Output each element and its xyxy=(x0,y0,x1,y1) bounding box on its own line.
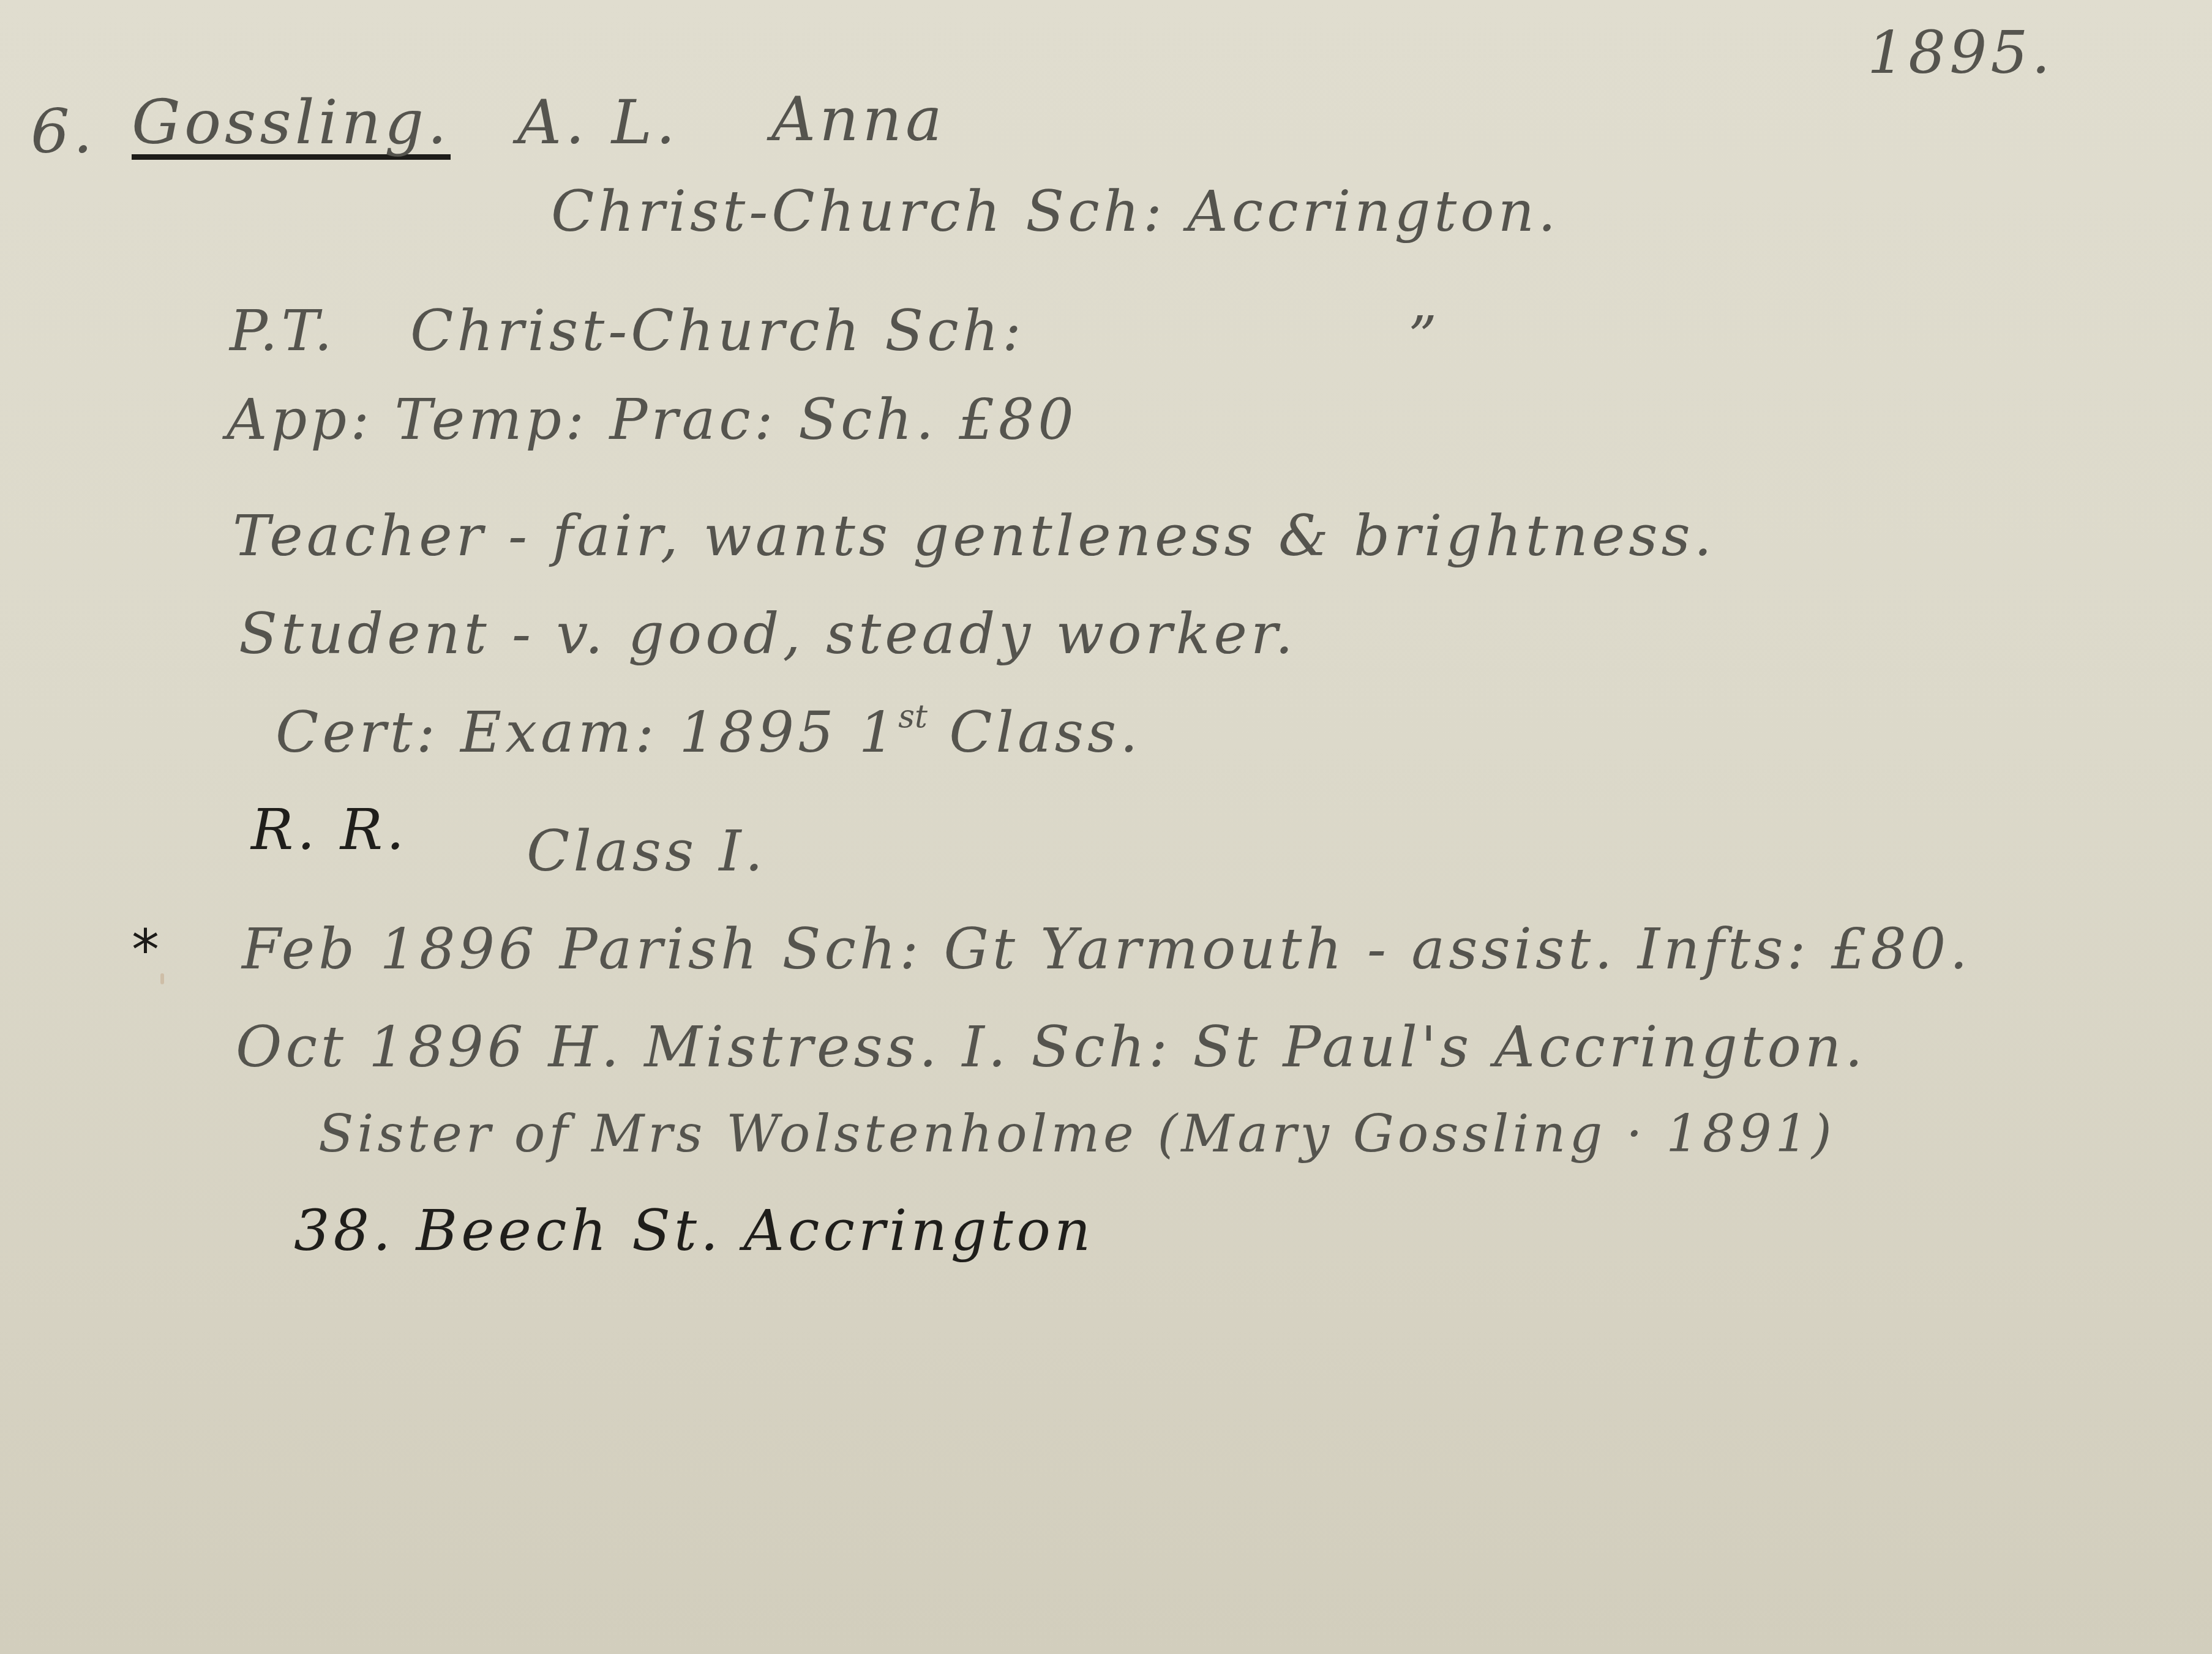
asterisk-marker-icon: * xyxy=(132,918,159,982)
certificate-prefix: Cert: Exam: 1895 1 xyxy=(276,700,898,765)
rr-value: Class I. xyxy=(527,823,767,880)
rr-label: R. R. xyxy=(251,802,408,858)
feb-1896-appointment-line: Feb 1896 Parish Sch: Gt Yarmouth - assis… xyxy=(242,921,1971,978)
school-origin-line: Christ-Church Sch: Accrington. xyxy=(551,184,1559,240)
entry-number: 6. xyxy=(31,101,96,162)
address-line: 38. Beech St. Accrington xyxy=(294,1203,1094,1259)
entry-surname: Gossling. xyxy=(132,92,451,160)
register-card-page: 1895. 6. Gossling. A. L. Anna Christ-Chu… xyxy=(0,0,2212,1654)
pt-ditto-mark: ” xyxy=(1408,309,1441,365)
entry-initials: A. L. xyxy=(517,92,679,153)
entry-forename: Anna xyxy=(771,89,946,150)
pt-label: P.T. xyxy=(230,303,336,359)
certificate-superscript: st xyxy=(898,698,928,735)
certificate-line: Cert: Exam: 1895 1st Class. xyxy=(276,701,1142,761)
student-assessment-line: Student - v. good, steady worker. xyxy=(239,606,1297,662)
paper-speck xyxy=(160,973,164,984)
appointment-line: App: Temp: Prac: Sch. £80 xyxy=(227,392,1078,448)
pt-school: Christ-Church Sch: xyxy=(410,303,1025,359)
year-heading: 1895. xyxy=(1867,23,2054,82)
teacher-assessment-line: Teacher - fair, wants gentleness & brigh… xyxy=(233,508,1715,564)
sister-note-line: Sister of Mrs Wolstenholme (Mary Gosslin… xyxy=(318,1108,1835,1159)
certificate-suffix: Class. xyxy=(928,700,1142,765)
oct-1896-appointment-line: Oct 1896 H. Mistress. I. Sch: St Paul's … xyxy=(236,1019,1866,1076)
